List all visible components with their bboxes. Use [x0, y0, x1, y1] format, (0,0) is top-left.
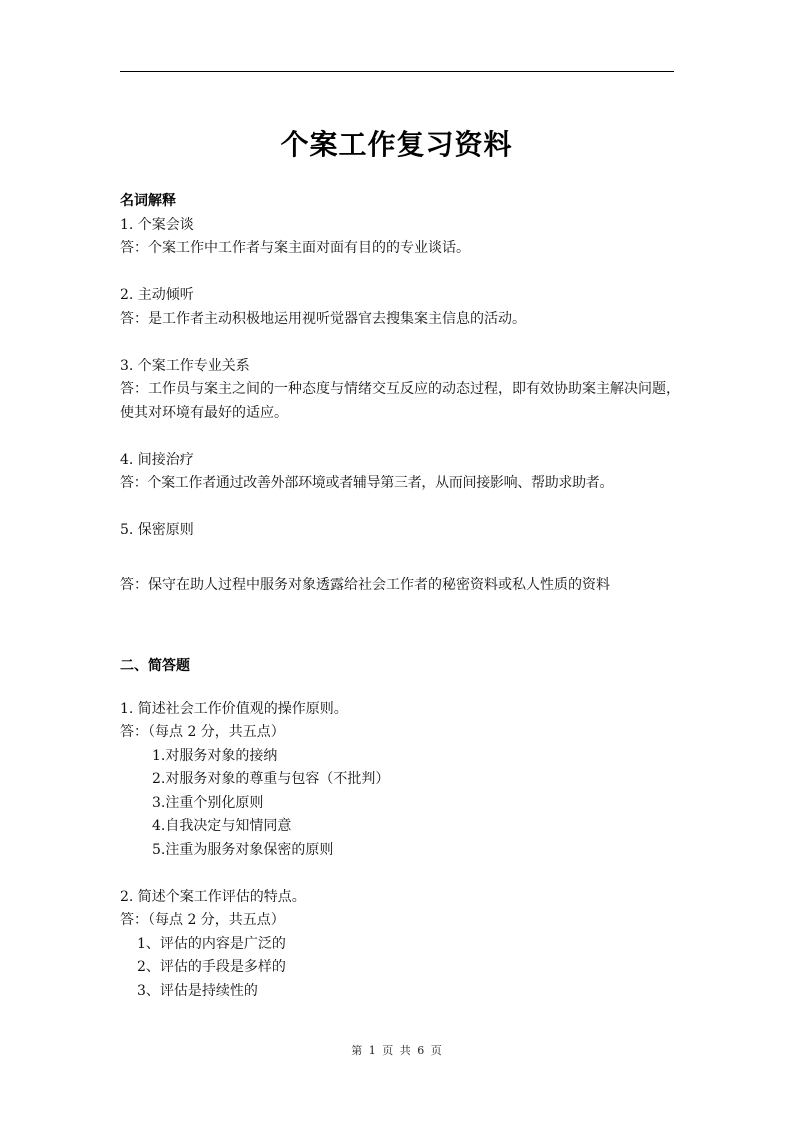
glossary-answer: 答：保守在助人过程中服务对象透露给社会工作者的秘密资料或私人性质的资料 — [120, 574, 680, 598]
answer-point: 2.对服务对象的尊重与包容（不批判） — [120, 768, 680, 792]
answer-point: 5.注重为服务对象保密的原则 — [120, 839, 680, 863]
spacer — [120, 331, 680, 355]
spacer — [120, 862, 680, 886]
question: 1. 简述社会工作价值观的操作原则。 — [120, 698, 680, 722]
glossary-term: 3. 个案工作专业关系 — [120, 355, 680, 379]
glossary-term: 2. 主动倾听 — [120, 284, 680, 308]
document-body: 名词解释 1. 个案会谈 答：个案工作中工作者与案主面对面有目的的专业谈话。 2… — [120, 190, 680, 1003]
question: 2. 简述个案工作评估的特点。 — [120, 886, 680, 910]
spacer — [120, 496, 680, 520]
glossary-term: 5. 保密原则 — [120, 519, 680, 543]
answer-point: 3、评估是持续性的 — [120, 980, 680, 1004]
header-rule — [120, 71, 674, 72]
glossary-answer: 答：个案工作中工作者与案主面对面有目的的专业谈话。 — [120, 237, 680, 261]
answer-point: 1.对服务对象的接纳 — [120, 745, 680, 769]
answer-point: 3.注重个别化原则 — [120, 792, 680, 816]
glossary-term: 4. 间接治疗 — [120, 449, 680, 473]
spacer — [120, 597, 680, 655]
spacer — [120, 543, 680, 574]
answer-point: 1、评估的内容是广泛的 — [120, 933, 680, 957]
answer-intro: 答：（每点 2 分，共五点） — [120, 909, 680, 933]
section-heading-glossary: 名词解释 — [120, 190, 680, 214]
answer-point: 2、评估的手段是多样的 — [120, 956, 680, 980]
answer-point: 4.自我决定与知情同意 — [120, 815, 680, 839]
glossary-answer: 答：工作员与案主之间的一种态度与情绪交互反应的动态过程，即有效协助案主解决问题，… — [120, 378, 680, 425]
glossary-answer: 答：个案工作者通过改善外部环境或者辅导第三者，从而间接影响、帮助求助者。 — [120, 472, 680, 496]
spacer — [120, 679, 680, 698]
spacer — [120, 261, 680, 285]
page-footer: 第 1 页 共 6 页 — [0, 1042, 793, 1058]
document-title: 个案工作复习资料 — [0, 127, 793, 163]
answer-intro: 答：（每点 2 分，共五点） — [120, 721, 680, 745]
section-heading-short-answer: 二、简答题 — [120, 655, 680, 679]
glossary-term: 1. 个案会谈 — [120, 214, 680, 238]
glossary-answer: 答：是工作者主动积极地运用视听觉器官去搜集案主信息的活动。 — [120, 308, 680, 332]
spacer — [120, 425, 680, 449]
